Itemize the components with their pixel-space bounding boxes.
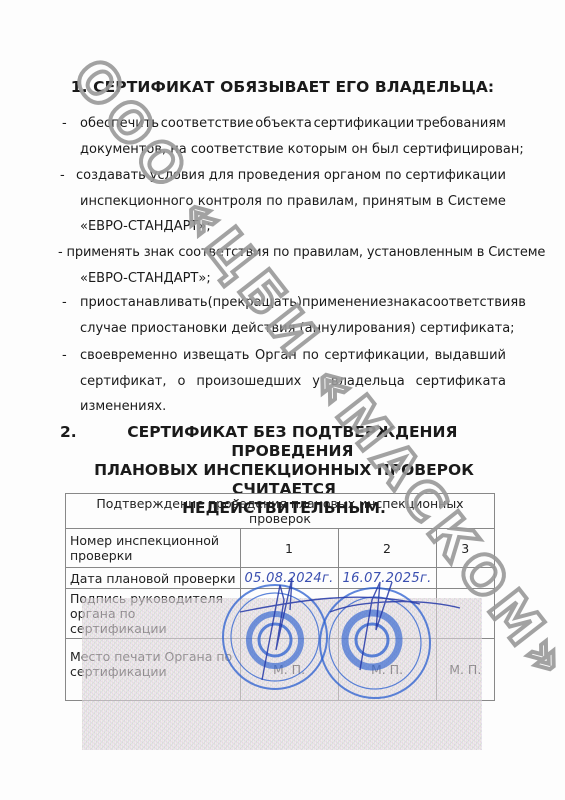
word: сертификации — [314, 111, 415, 137]
word: требованиям — [416, 111, 506, 137]
word: сертификации, — [324, 343, 429, 369]
word: по — [266, 189, 282, 215]
row-label: Номер инспекционной проверки — [66, 529, 241, 568]
word: по — [385, 163, 401, 189]
section-1-title: 1. СЕРТИФИКАТ ОБЯЗЫВАЕТ ЕГО ВЛАДЕЛЬЦА: — [0, 78, 565, 96]
word: сертификации — [405, 163, 506, 189]
item-text-line: случае приостановки действия (аннулирова… — [80, 316, 506, 342]
table-cell: 1 — [240, 529, 338, 568]
word: о — [177, 369, 185, 395]
word: применение — [302, 290, 386, 316]
table-row: Дата плановой проверки 05.08.2024г. 16.0… — [66, 568, 495, 589]
word: у — [312, 369, 320, 395]
signature-cell — [240, 589, 338, 639]
obligation-item-4: - приостанавливать(прекращать)применение… — [58, 290, 506, 341]
word: принятым — [362, 189, 431, 215]
word: обеспечить — [80, 111, 159, 137]
item-text-line: документов, на соответствие которым он б… — [80, 137, 506, 163]
seal-place: М. П. — [240, 639, 338, 701]
table-row: Номер инспекционной проверки 1 2 3 — [66, 529, 495, 568]
word: Системе — [448, 189, 506, 215]
row-label: Подпись руководителя органа по сертифика… — [66, 589, 241, 639]
word: Орган — [255, 343, 297, 369]
word: соответствие — [161, 111, 254, 137]
word: по — [302, 343, 318, 369]
obligation-item-1: - обеспечитьсоответствиеобъектасертифика… — [58, 111, 506, 162]
signature-cell — [338, 589, 436, 639]
item-text-line: изменениях. — [80, 394, 506, 420]
word: условия — [150, 163, 205, 189]
bullet-dash: - — [62, 111, 67, 137]
obligation-item-3: - применять знак соответствия по правила… — [58, 240, 506, 291]
word: в — [436, 189, 444, 215]
word: извещать — [183, 343, 249, 369]
line-words: приостанавливать(прекращать)применениезн… — [80, 290, 506, 316]
word: объекта — [255, 111, 312, 137]
word: проведения — [238, 163, 320, 189]
handwritten-date: 05.08.2024г. — [240, 568, 338, 589]
inspection-table: Подтверждение проведения плановых инспек… — [65, 493, 495, 701]
word: своевременно — [80, 343, 177, 369]
obligation-item-5: - своевременноизвещатьОрганпосертификаци… — [58, 343, 506, 420]
line-words: сертификат,опроизошедшихувладельцасертиф… — [80, 369, 506, 395]
word: создавать — [76, 163, 146, 189]
line-words: своевременноизвещатьОрганпосертификации,… — [80, 343, 506, 369]
item-text-line: применять знак соответствия по правилам,… — [67, 245, 546, 260]
word: сертификат, — [80, 369, 167, 395]
table-cell — [436, 568, 494, 589]
word: приостанавливать — [80, 290, 208, 316]
word: выдавший — [435, 343, 506, 369]
bullet-dash: - — [62, 343, 67, 369]
item-text-line: «ЕВРО-СТАНДАРТ»; — [80, 214, 506, 240]
certificate-page: 1. СЕРТИФИКАТ ОБЯЗЫВАЕТ ЕГО ВЛАДЕЛЬЦА: -… — [0, 0, 565, 800]
obligation-item-2: - создаватьусловиядляпроведенияорганомпо… — [58, 163, 506, 240]
word: контроля — [198, 189, 262, 215]
table-caption: Подтверждение проведения плановых инспек… — [66, 494, 495, 529]
word: для — [209, 163, 234, 189]
section-number: 2. — [60, 423, 77, 461]
word: (прекращать) — [208, 290, 302, 316]
bullet-dash: - — [58, 245, 63, 260]
row-label: Место печати Органа по сертификации — [66, 639, 241, 701]
seal-place: М. П. — [436, 639, 494, 701]
table-row: Подпись руководителя органа по сертифика… — [66, 589, 495, 639]
word: в — [518, 290, 526, 316]
word: сертификата — [416, 369, 506, 395]
bullet-dash: - — [62, 290, 67, 316]
word: инспекционного — [80, 189, 193, 215]
item-text-line: «ЕВРО-СТАНДАРТ»; — [58, 266, 506, 292]
word: знака — [386, 290, 425, 316]
table-row: Место печати Органа по сертификации М. П… — [66, 639, 495, 701]
word: произошедших — [196, 369, 301, 395]
table-cell: 3 — [436, 529, 494, 568]
handwritten-date: 16.07.2025г. — [338, 568, 436, 589]
line-words: создаватьусловиядляпроведенияорганомпосе… — [76, 163, 506, 189]
bullet-dash: - — [60, 163, 65, 189]
table-cell: 2 — [338, 529, 436, 568]
word: органом — [324, 163, 381, 189]
word: владельца — [331, 369, 405, 395]
seal-place: М. П. — [338, 639, 436, 701]
word: правилам, — [287, 189, 358, 215]
signature-cell — [436, 589, 494, 639]
line-words: обеспечитьсоответствиеобъектасертификаци… — [80, 111, 506, 137]
row-label: Дата плановой проверки — [66, 568, 241, 589]
section-title-line: СЕРТИФИКАТ БЕЗ ПОДТВЕРЖДЕНИЯ ПРОВЕДЕНИЯ — [77, 423, 508, 461]
word: соответствия — [426, 290, 519, 316]
line-words: инспекционногоконтроляпоправилам,приняты… — [80, 189, 506, 215]
